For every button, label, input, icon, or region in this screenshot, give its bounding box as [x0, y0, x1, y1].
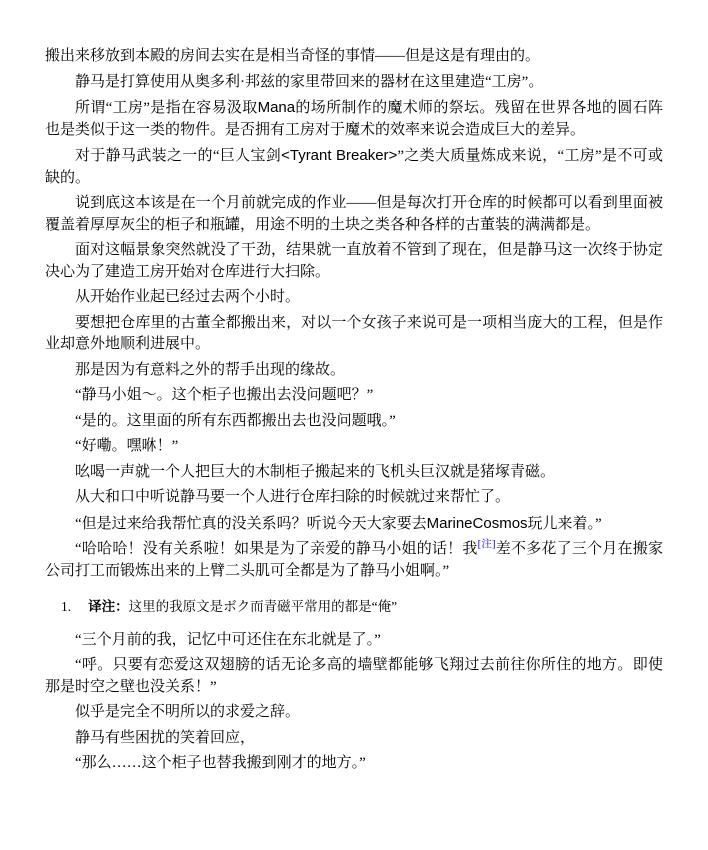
text-run: 所谓“工房”是指在容易汲取	[75, 100, 258, 116]
paragraph: 似乎是完全不明所以的求爱之辞。	[45, 702, 663, 724]
paragraph: 静马有些困扰的笑着回应，	[45, 728, 663, 750]
text-run: “静马小姐～。这个柜子也搬出去没问题吧？”	[75, 387, 373, 403]
text-run: 面对这幅景象突然就没了干劲，结果就一直放着不管到了现在，但是静马这一次终于协定决…	[45, 242, 663, 280]
paragraph: 那是因为有意料之外的帮手出现的缘故。	[45, 360, 663, 382]
footnote-item: 1.译注：这里的我原文是ボク而青磁平常用的都是“俺”	[61, 596, 663, 618]
paragraph: 从开始作业起已经过去两个小时。	[45, 287, 663, 309]
text-run: 玩儿来着。”	[528, 516, 602, 532]
paragraph: 对于静马武装之一的“巨人宝剑<Tyrant Breaker>”之类大质量炼成来说…	[45, 145, 663, 189]
text-run: “那么……这个柜子也替我搬到刚才的地方。”	[75, 755, 366, 771]
text-run: 从大和口中听说静马要一个人进行仓库扫除的时候就过来帮忙了。	[75, 489, 510, 505]
paragraph: 面对这幅景象突然就没了干劲，结果就一直放着不管到了现在，但是静马这一次终于协定决…	[45, 240, 663, 283]
text-run: “好嘞。嘿咻！”	[75, 438, 178, 454]
paragraph: “但是过来给我帮忙真的没关系吗？听说今天大家要去MarineCosmos玩儿来着…	[45, 513, 663, 536]
text-run: 静马有些困扰的笑着回应，	[75, 730, 255, 746]
text-run: 要想把仓库里的古董全都搬出来，对以一个女孩子来说可是一项相当庞大的工程，但是作业…	[45, 315, 663, 353]
text-run: “呼。只要有恋爱这双翅膀的话无论多高的墙壁都能够飞翔过去前往你所住的地方。即使那…	[45, 657, 663, 695]
document-page: 搬出来移放到本殿的房间去实在是相当奇怪的事情——但是这是有理由的。静马是打算使用…	[0, 0, 708, 850]
footnote-ref-link[interactable]: [注]	[478, 539, 496, 550]
paragraph: “那么……这个柜子也替我搬到刚才的地方。”	[45, 753, 663, 775]
text-run: 静马是打算使用从奥多利·邦兹的家里带回来的器材在这里建造“工房”。	[75, 74, 543, 90]
footnote-number: 1.	[61, 596, 71, 618]
paragraph: 吆喝一声就一个人把巨大的木制柜子搬起来的飞机头巨汉就是猪塚青磁。	[45, 462, 663, 484]
text-run: 译注：	[88, 599, 129, 614]
text-run: 吆喝一声就一个人把巨大的木制柜子搬起来的飞机头巨汉就是猪塚青磁。	[75, 464, 555, 480]
latin-text-run: <Tyrant Breaker>	[281, 147, 397, 164]
text-run: 这里的我原文是ボク而青磁平常用的都是“俺”	[129, 599, 397, 614]
text-run: 对于静马武装之一的“巨人宝剑	[75, 148, 281, 164]
paragraph: 静马是打算使用从奥多利·邦兹的家里带回来的器材在这里建造“工房”。	[45, 72, 663, 94]
paragraph: 所谓“工房”是指在容易汲取Mana的场所制作的魔术师的祭坛。残留在世界各地的圆石…	[45, 97, 663, 141]
text-run: “三个月前的我，记忆中可还住在东北就是了。”	[75, 632, 381, 648]
paragraph: “是的。这里面的所有东西都搬出去也没问题哦。”	[45, 411, 663, 433]
paragraph: 要想把仓库里的古董全都搬出来，对以一个女孩子来说可是一项相当庞大的工程，但是作业…	[45, 313, 663, 356]
paragraph: 搬出来移放到本殿的房间去实在是相当奇怪的事情——但是这是有理由的。	[45, 46, 663, 68]
text-run: “哈哈哈！没有关系啦！如果是为了亲爱的静马小姐的话！我	[75, 541, 478, 557]
paragraph: 说到底这本该是在一个月前就完成的作业——但是每次打开仓库的时候都可以看到里面被覆…	[45, 193, 663, 236]
paragraph: 从大和口中听说静马要一个人进行仓库扫除的时候就过来帮忙了。	[45, 487, 663, 509]
text-run: 说到底这本该是在一个月前就完成的作业——但是每次打开仓库的时候都可以看到里面被覆…	[45, 195, 663, 233]
paragraph: “静马小姐～。这个柜子也搬出去没问题吧？”	[45, 385, 663, 407]
text-run: 搬出来移放到本殿的房间去实在是相当奇怪的事情——但是这是有理由的。	[45, 48, 540, 64]
text-run: 似乎是完全不明所以的求爱之辞。	[75, 704, 300, 720]
paragraph: “哈哈哈！没有关系啦！如果是为了亲爱的静马小姐的话！我[注]差不多花了三个月在搬…	[45, 539, 663, 582]
text-run: “但是过来给我帮忙真的没关系吗？听说今天大家要去	[75, 516, 427, 532]
paragraph: “呼。只要有恋爱这双翅膀的话无论多高的墙壁都能够飞翔过去前往你所住的地方。即使那…	[45, 655, 663, 698]
latin-text-run: MarineCosmos	[427, 515, 528, 532]
document-body: 搬出来移放到本殿的房间去实在是相当奇怪的事情——但是这是有理由的。静马是打算使用…	[45, 46, 663, 775]
text-run: 从开始作业起已经过去两个小时。	[75, 289, 300, 305]
paragraph: “好嘞。嘿咻！”	[45, 436, 663, 458]
paragraph: “三个月前的我，记忆中可还住在东北就是了。”	[45, 630, 663, 652]
text-run: 那是因为有意料之外的帮手出现的缘故。	[75, 362, 345, 378]
latin-text-run: Mana	[258, 99, 296, 116]
text-run: “是的。这里面的所有东西都搬出去也没问题哦。”	[75, 413, 396, 429]
